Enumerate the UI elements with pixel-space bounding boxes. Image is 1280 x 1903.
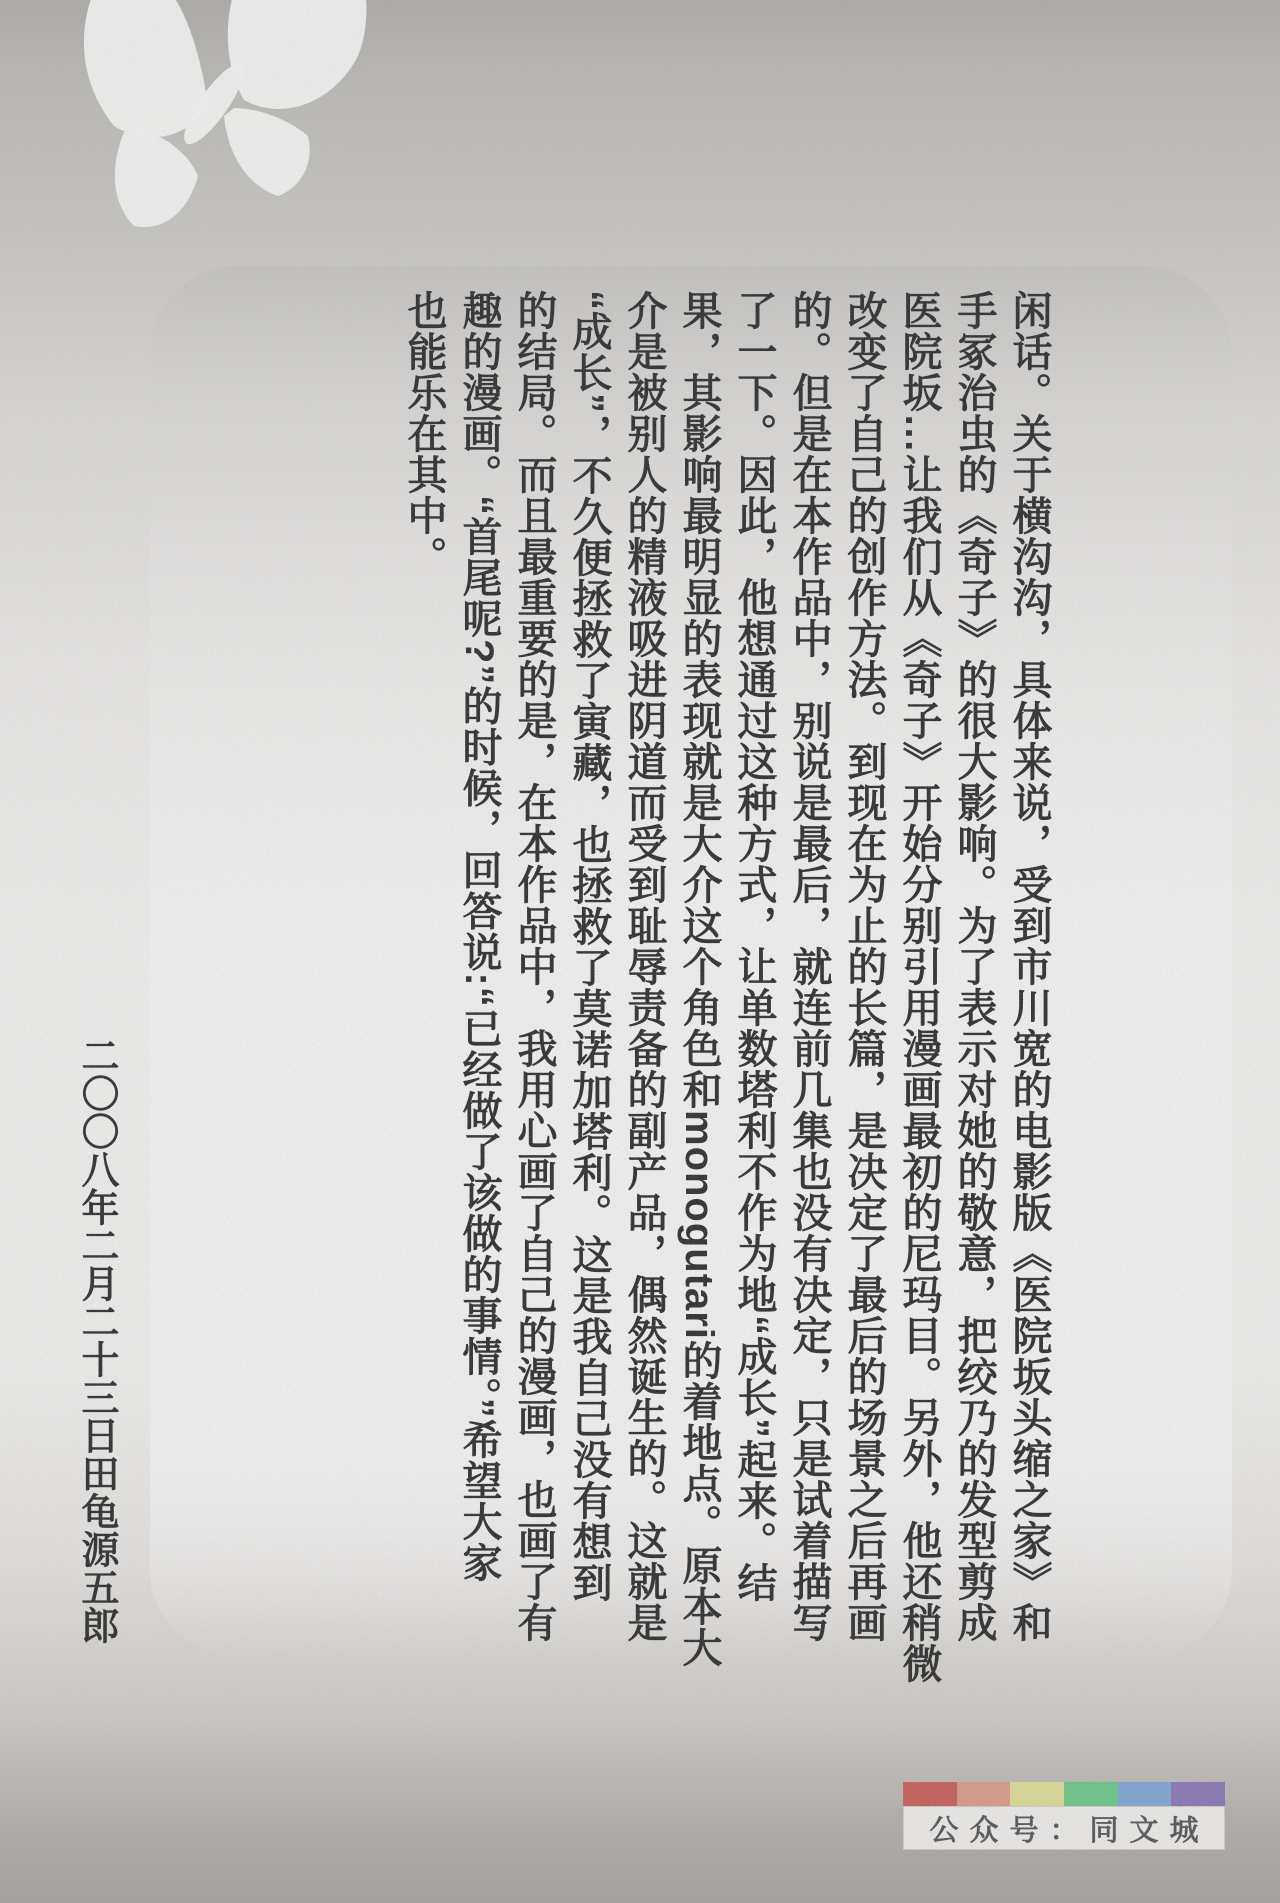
rainbow-bar-segment	[957, 1782, 1011, 1806]
butterfly-icon	[38, 0, 368, 238]
rainbow-bar-segment	[1010, 1782, 1064, 1806]
watermark: 公众号：同文城	[903, 1782, 1225, 1850]
rainbow-bar-segment	[903, 1782, 957, 1806]
text-column: 趣的漫画。“首尾呢?”的时候，回答说:“已经做了该做的事情。”希望大家	[459, 290, 499, 1635]
watermark-strip: 公众号：同文城	[903, 1806, 1225, 1850]
text-column: 的。但是在本作品中，别说是最后，就连前几集也没有决定，只是试着描写	[789, 290, 829, 1635]
text-column: 医院坂…让我们从《奇子》开始分别引用漫画最初的尼玛目。另外，他还稍微	[899, 290, 939, 1635]
text-column: 手冢治虫的《奇子》的很大影响。为了表示对她的敬意，把绞乃的发型剪成	[954, 290, 994, 1635]
rainbow-bar-segment	[1171, 1782, 1225, 1806]
text-column: 介是被别人的精液吸进阴道而受到耻辱责备的副产品，偶然诞生的。这就是	[624, 290, 664, 1635]
text-column: 的结局。而且最重要的是，在本作品中，我用心画了自己的漫画，也画了有	[514, 290, 554, 1635]
rainbow-bar-segment	[1064, 1782, 1118, 1806]
text-column: 了一下。因此，他想通过这种方式，让单数塔利不作为地“成长”起来。结	[734, 290, 774, 1635]
text-column: 改变了自己的创作方法。到现在为止的长篇，是决定了最后的场景之后再画	[844, 290, 884, 1635]
text-column: “成长”，不久便拯救了寅藏，也拯救了莫诺加塔利。这是我自己没有想到	[569, 290, 609, 1635]
text-column: 果，其影响最明显的表现就是大介这个角色和monogutari的着地点。原本大	[679, 290, 719, 1635]
watermark-label: 公众号：同文城	[929, 1808, 1209, 1849]
rainbow-bar-segment	[1118, 1782, 1172, 1806]
text-column: 也能乐在其中。	[404, 290, 444, 1635]
text-column: 闲话。关于横沟沟，具体来说，受到市川宽的电影版《医院坂头缩之家》和	[1009, 290, 1049, 1635]
afterword-text-block: 闲话。关于横沟沟，具体来说，受到市川宽的电影版《医院坂头缩之家》和 手冢治虫的《…	[389, 290, 1064, 1635]
rainbow-bar	[903, 1782, 1225, 1806]
date-signature-column: 二〇〇八年二月二十三日田龟源五郎	[74, 1036, 118, 1676]
